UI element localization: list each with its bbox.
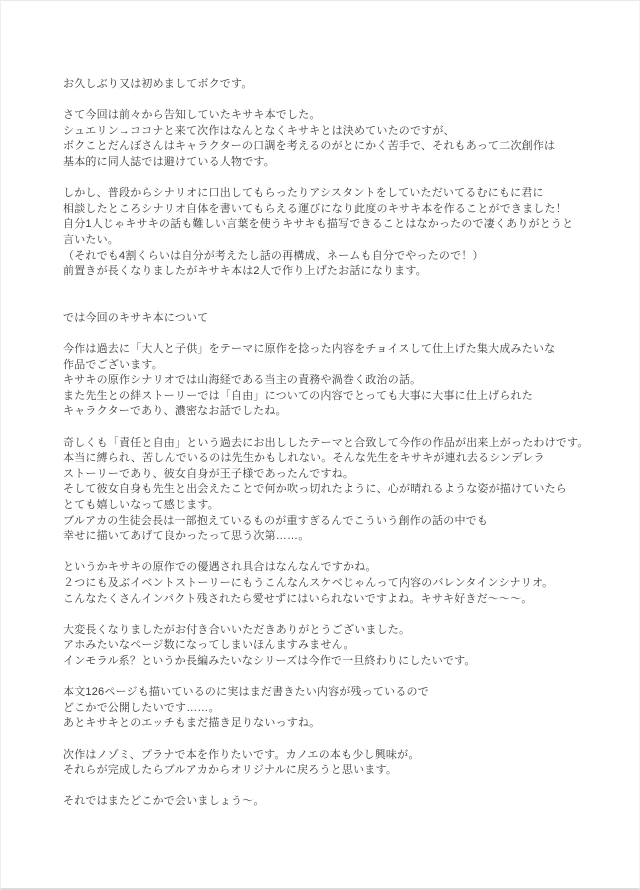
text-line: 大変長くなりましたがお付き合いいただきありがとうございました。 bbox=[63, 623, 609, 639]
text-line: 前置きが長くなりましたがキサキ本は2人で作り上げたお話になります。 bbox=[63, 264, 609, 280]
text-line: キャラクターであり、濃密なお話でしたね。 bbox=[63, 404, 609, 420]
text-line: 奇しくも「責任と自由」という過去にお出ししたテーマと合致して今作の作品が出来上が… bbox=[63, 436, 609, 452]
paragraph: しかし、普段からシナリオに口出してもらったりアシスタントをしていただいてるむにも… bbox=[63, 186, 609, 280]
paragraph: さて今回は前々から告知していたキサキ本でした。シュエリン→ココナと来て次作はなん… bbox=[63, 108, 609, 170]
text-line: そして彼女自身も先生と出会えたことで何か吹っ切れたように、心が晴れるような姿が描… bbox=[63, 482, 609, 498]
text-line: （それでも4割くらいは自分が考えたし話の再構成、ネームも自分でやったので！） bbox=[63, 249, 609, 265]
text-line: シュエリン→ココナと来て次作はなんとなくキサキとは決めていたのですが、 bbox=[63, 124, 609, 140]
text-line: 今作は過去に「大人と子供」をテーマに原作を捻った内容をチョイスして仕上げた集大成… bbox=[63, 342, 609, 358]
text-line: アホみたいなページ数になってしまいほんますみません。 bbox=[63, 638, 609, 654]
text-line: お久しぶり又は初めましてボクです。 bbox=[63, 77, 609, 93]
paragraph: 大変長くなりましたがお付き合いいただきありがとうございました。アホみたいなページ… bbox=[63, 623, 609, 670]
text-line: こんなたくさんインパクト残されたら愛せずにはいられないですよね。キサキ好きだ～～… bbox=[63, 592, 609, 608]
paragraph: それではまたどこかで会いましょう～。 bbox=[63, 794, 609, 810]
text-line: あとキサキとのエッチもまだ描き足りないっすね。 bbox=[63, 716, 609, 732]
text-line: というかキサキの原作での優遇され具合はなんなんですかね。 bbox=[63, 560, 609, 576]
paragraph: 奇しくも「責任と自由」という過去にお出ししたテーマと合致して今作の作品が出来上が… bbox=[63, 436, 609, 545]
text-line: 次作はノゾミ、プラナで本を作りたいです。カノエの本も少し興味が。 bbox=[63, 748, 609, 764]
text-line: それらが完成したらブルアカからオリジナルに戻ろうと思います。 bbox=[63, 763, 609, 779]
text-line: また先生との絆ストーリーでは「自由」についての内容でとっても大事に大事に仕上げら… bbox=[63, 389, 609, 405]
text-line: 基本的に同人誌では避けている人物です。 bbox=[63, 155, 609, 171]
afterword-text-block: お久しぶり又は初めましてボクです。さて今回は前々から告知していたキサキ本でした。… bbox=[63, 77, 609, 810]
paragraph: 本文126ページも描いているのに実はまだ書きたい内容が残っているのでどこかで公開… bbox=[63, 685, 609, 732]
text-line: ボクことだんぼさんはキャラクターの口調を考えるのがとにかく苦手で、それもあって二… bbox=[63, 139, 609, 155]
text-line: 言いたい。 bbox=[63, 233, 609, 249]
paragraph: というかキサキの原作での優遇され具合はなんなんですかね。２つにも及ぶイベントスト… bbox=[63, 560, 609, 607]
text-line: キサキの原作シナリオでは山海経である当主の責務や渦巻く政治の話。 bbox=[63, 373, 609, 389]
paragraph: 次作はノゾミ、プラナで本を作りたいです。カノエの本も少し興味が。それらが完成した… bbox=[63, 748, 609, 779]
afterword-page: お久しぶり又は初めましてボクです。さて今回は前々から告知していたキサキ本でした。… bbox=[0, 0, 640, 890]
paragraph: では今回のキサキ本について bbox=[63, 311, 609, 327]
text-line: 本文126ページも描いているのに実はまだ書きたい内容が残っているので bbox=[63, 685, 609, 701]
text-line: どこかで公開したいです……。 bbox=[63, 701, 609, 717]
paragraph: 今作は過去に「大人と子供」をテーマに原作を捻った内容をチョイスして仕上げた集大成… bbox=[63, 342, 609, 420]
text-line: 本当に縛られ、苦しんでいるのは先生かもしれない。そんな先生をキサキが連れ去るシン… bbox=[63, 451, 609, 467]
text-line: しかし、普段からシナリオに口出してもらったりアシスタントをしていただいてるむにも… bbox=[63, 186, 609, 202]
text-line: では今回のキサキ本について bbox=[63, 311, 609, 327]
text-line: 相談したところシナリオ自体を書いてもらえる運びになり此度のキサキ本を作ることがで… bbox=[63, 202, 609, 218]
text-line: ブルアカの生徒会長は一部抱えているものが重すぎるんでこういう創作の話の中でも bbox=[63, 514, 609, 530]
text-line: インモラル系？というか長編みたいなシリーズは今作で一旦終わりにしたいです。 bbox=[63, 654, 609, 670]
text-line: 自分1人じゃキサキの話も難しい言葉を使うキサキも描写できることはなかったので凄く… bbox=[63, 217, 609, 233]
text-line: それではまたどこかで会いましょう～。 bbox=[63, 794, 609, 810]
text-line: とても嬉しいなって感じます。 bbox=[63, 498, 609, 514]
text-line: ２つにも及ぶイベントストーリーにもうこんなんスケベじゃんって内容のバレンタインシ… bbox=[63, 576, 609, 592]
text-line: 幸せに描いてあげて良かったって思う次第……。 bbox=[63, 529, 609, 545]
text-line: ストーリーであり、彼女自身が王子様であったんですね。 bbox=[63, 467, 609, 483]
text-line: 作品でございます。 bbox=[63, 358, 609, 374]
text-line: さて今回は前々から告知していたキサキ本でした。 bbox=[63, 108, 609, 124]
paragraph: お久しぶり又は初めましてボクです。 bbox=[63, 77, 609, 93]
